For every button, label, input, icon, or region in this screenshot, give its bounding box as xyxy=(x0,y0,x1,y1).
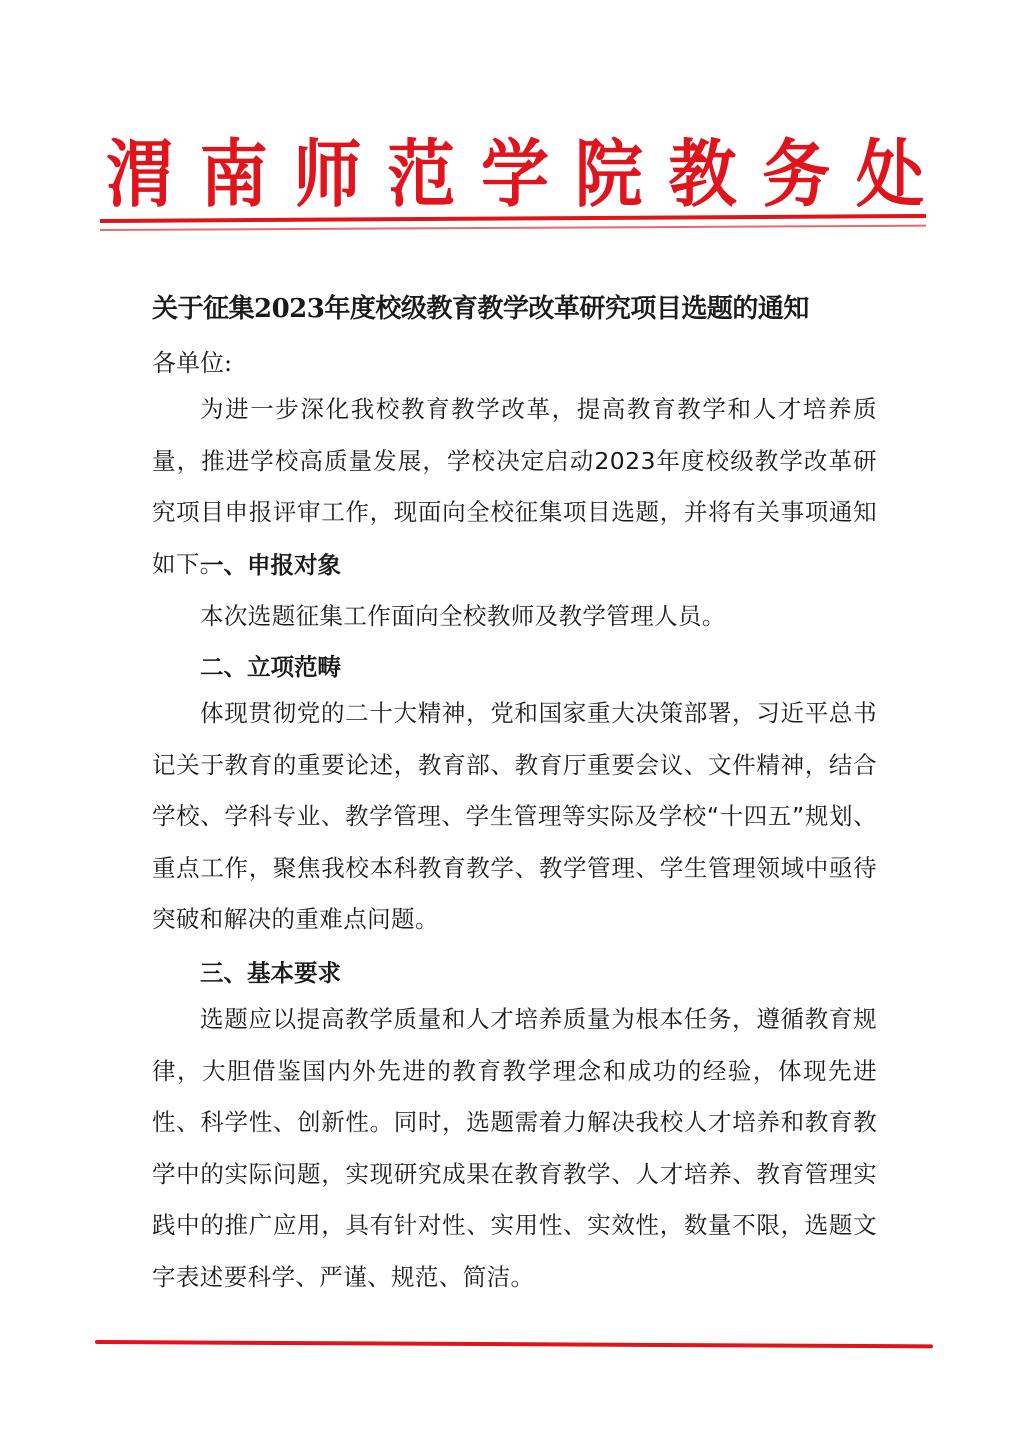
letterhead-char: 渭 xyxy=(100,116,180,221)
salutation: 各单位: xyxy=(152,343,232,378)
footer-divider xyxy=(95,1340,933,1348)
letterhead-divider-thin xyxy=(100,225,926,231)
letterhead-char: 务 xyxy=(756,116,836,221)
letterhead-char: 处 xyxy=(850,116,930,221)
section-heading-3: 三、基本要求 xyxy=(200,954,341,988)
letterhead-char: 师 xyxy=(288,116,368,221)
section-body-2: 体现贯彻党的二十大精神，党和国家重大决策部署，习近平总书记关于教育的重要论述，教… xyxy=(152,688,877,946)
section-text-1: 本次选题征集工作面向全校教师及教学管理人员。 xyxy=(200,597,726,631)
section-text-3: 选题应以提高教学质量和人才培养质量为根本任务，遵循教育规律，大胆借鉴国内外先进的… xyxy=(152,994,877,1303)
letterhead-char: 院 xyxy=(569,116,649,221)
letterhead-org-name: 渭 南 师 范 学 院 教 务 处 xyxy=(100,128,930,208)
letterhead-char: 学 xyxy=(475,116,555,221)
section-heading-2: 二、立项范畴 xyxy=(200,648,341,682)
document-title: 关于征集2023年度校级教育教学改革研究项目选题的通知 xyxy=(152,288,892,325)
letterhead-char: 南 xyxy=(194,116,274,221)
letterhead-char: 范 xyxy=(381,116,461,221)
section-heading-1: 一、申报对象 xyxy=(200,546,341,580)
letterhead-char: 教 xyxy=(663,116,743,221)
section-text-2: 体现贯彻党的二十大精神，党和国家重大决策部署，习近平总书记关于教育的重要论述，教… xyxy=(152,688,877,946)
section-body-3: 选题应以提高教学质量和人才培养质量为根本任务，遵循教育规律，大胆借鉴国内外先进的… xyxy=(152,994,877,1303)
